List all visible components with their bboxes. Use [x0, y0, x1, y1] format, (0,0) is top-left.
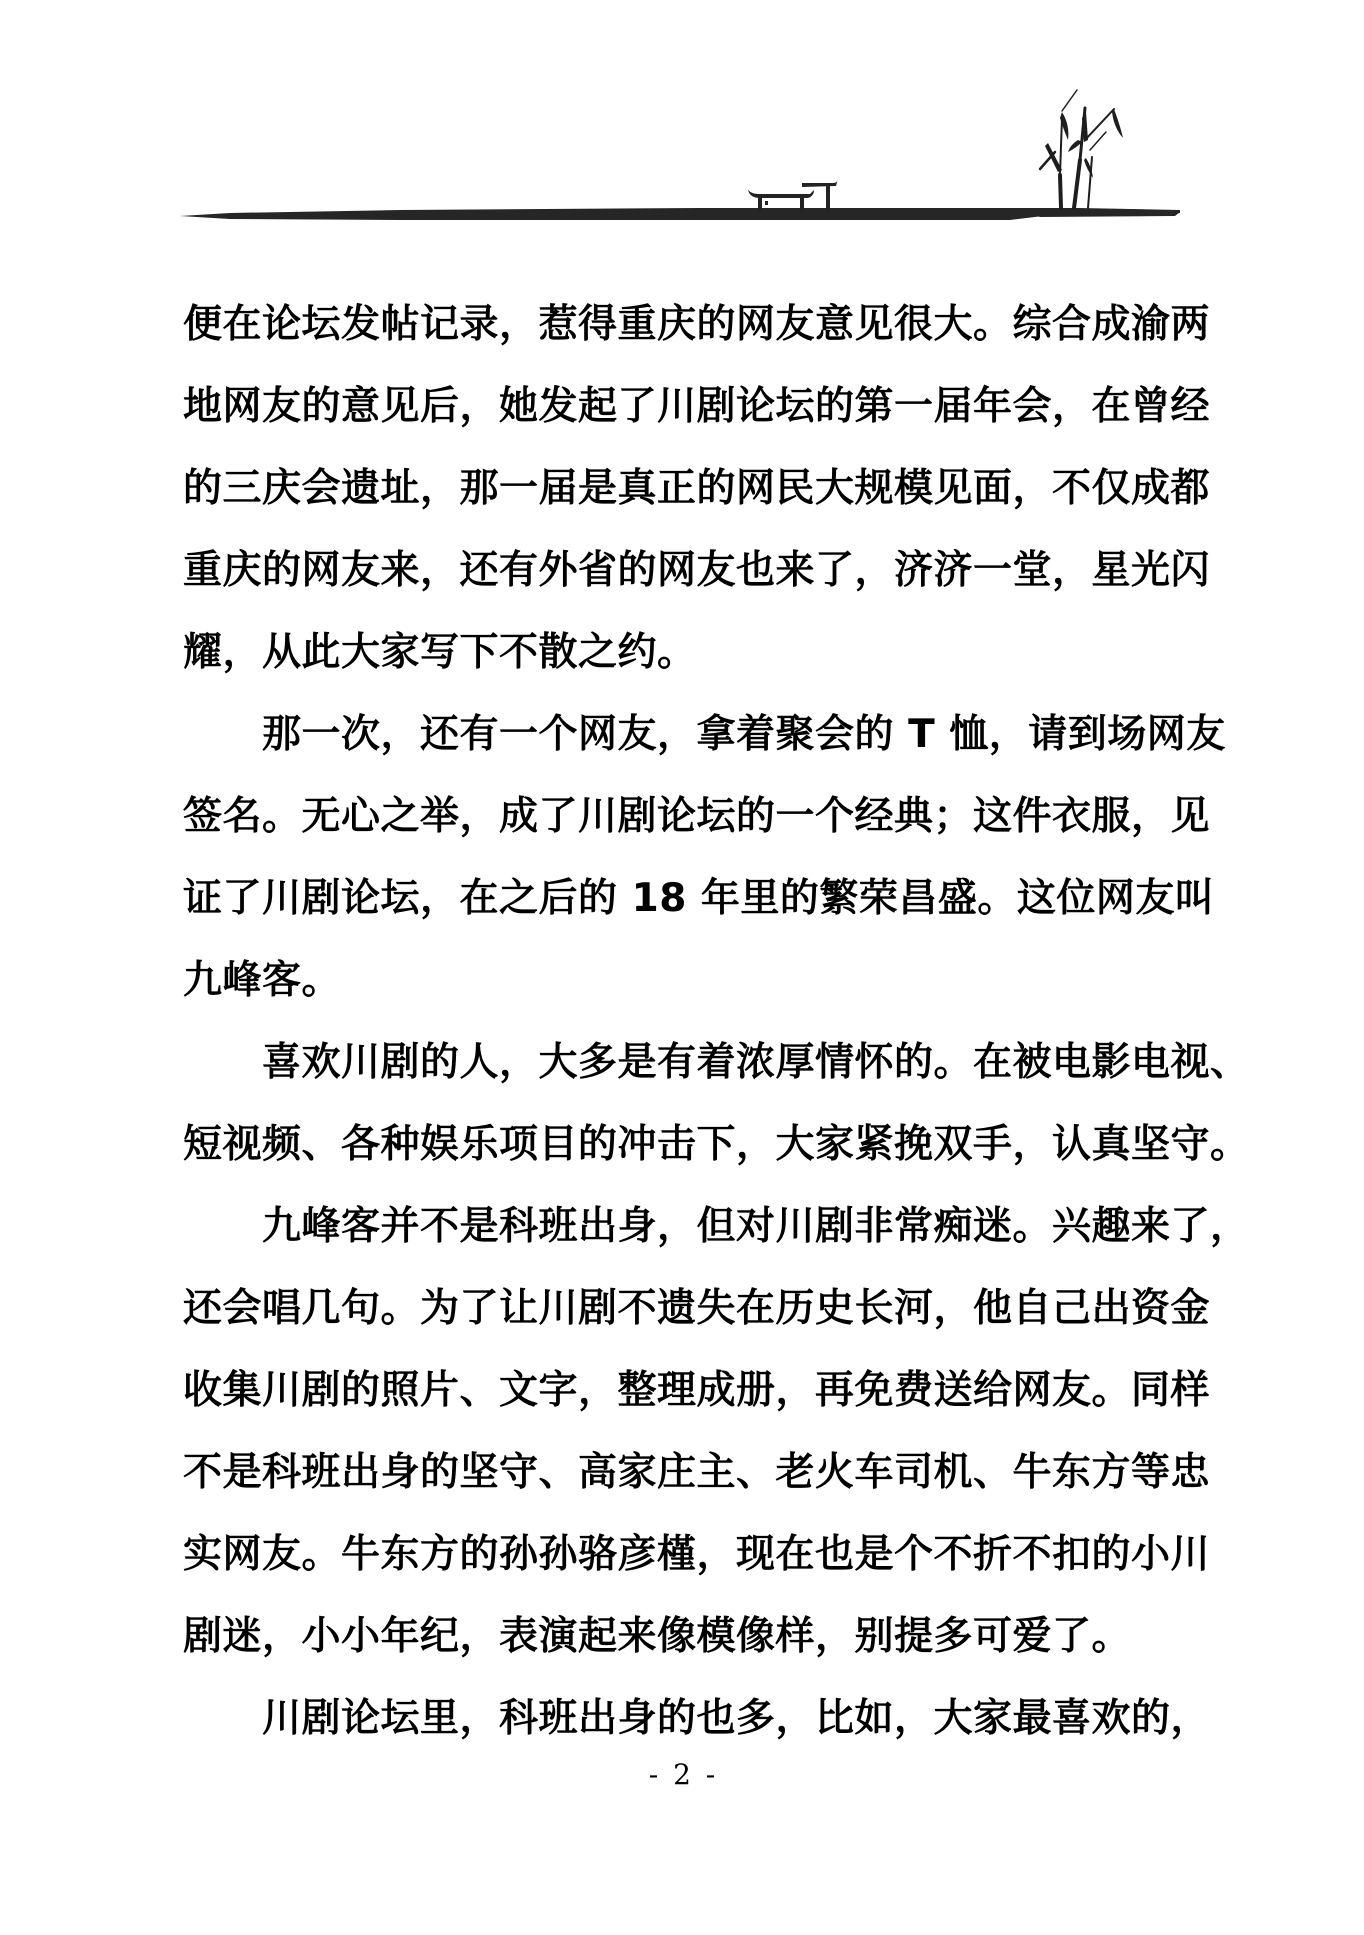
text-line: 九峰客。: [183, 940, 1183, 1022]
text-line: 地网友的意见后，她发起了川剧论坛的第一届年会，在曾经: [183, 366, 1183, 448]
text-line: 重庆的网友来，还有外省的网友也来了，济济一堂，星光闪: [183, 530, 1183, 612]
text-line: 收集川剧的照片、文字，整理成册，再免费送给网友。同样: [183, 1350, 1183, 1432]
text-line: 耀，从此大家写下不散之约。: [183, 612, 1183, 694]
text-line: 签名。无心之举，成了川剧论坛的一个经典；这件衣服，见: [183, 776, 1183, 858]
paragraph-start-line: 九峰客并不是科班出身，但对川剧非常痴迷。兴趣来了，: [183, 1186, 1183, 1268]
paragraph-start-line: 那一次，还有一个网友，拿着聚会的 T 恤，请到场网友: [183, 694, 1183, 776]
text-line: 剧迷，小小年纪，表演起来像模像样，别提多可爱了。: [183, 1596, 1183, 1678]
text-line: 便在论坛发帖记录，惹得重庆的网友意见很大。综合成渝两: [183, 284, 1183, 366]
text-line: 不是科班出身的坚守、高家庄主、老火车司机、牛东方等忠: [183, 1432, 1183, 1514]
page-number: - 2 -: [0, 1758, 1364, 1791]
text-line: 实网友。牛东方的孙孙骆彦槿，现在也是个不折不扣的小川: [183, 1514, 1183, 1596]
paragraph-start-line: 喜欢川剧的人，大多是有着浓厚情怀的。在被电影电视、: [183, 1022, 1183, 1104]
text-line: 短视频、各种娱乐项目的冲击下，大家紧挽双手，认真坚守。: [183, 1104, 1183, 1186]
document-body: 便在论坛发帖记录，惹得重庆的网友意见很大。综合成渝两 地网友的意见后，她发起了川…: [183, 284, 1183, 1760]
text-line: 还会唱几句。为了让川剧不遗失在历史长河，他自己出资金: [183, 1268, 1183, 1350]
paragraph-start-line: 川剧论坛里，科班出身的也多，比如，大家最喜欢的，: [183, 1678, 1183, 1760]
text-line: 的三庆会遗址，那一届是真正的网民大规模见面，不仅成都: [183, 448, 1183, 530]
text-line: 证了川剧论坛，在之后的 18 年里的繁荣昌盛。这位网友叫: [183, 858, 1183, 940]
header-ink-landscape-icon: [0, 0, 1364, 240]
